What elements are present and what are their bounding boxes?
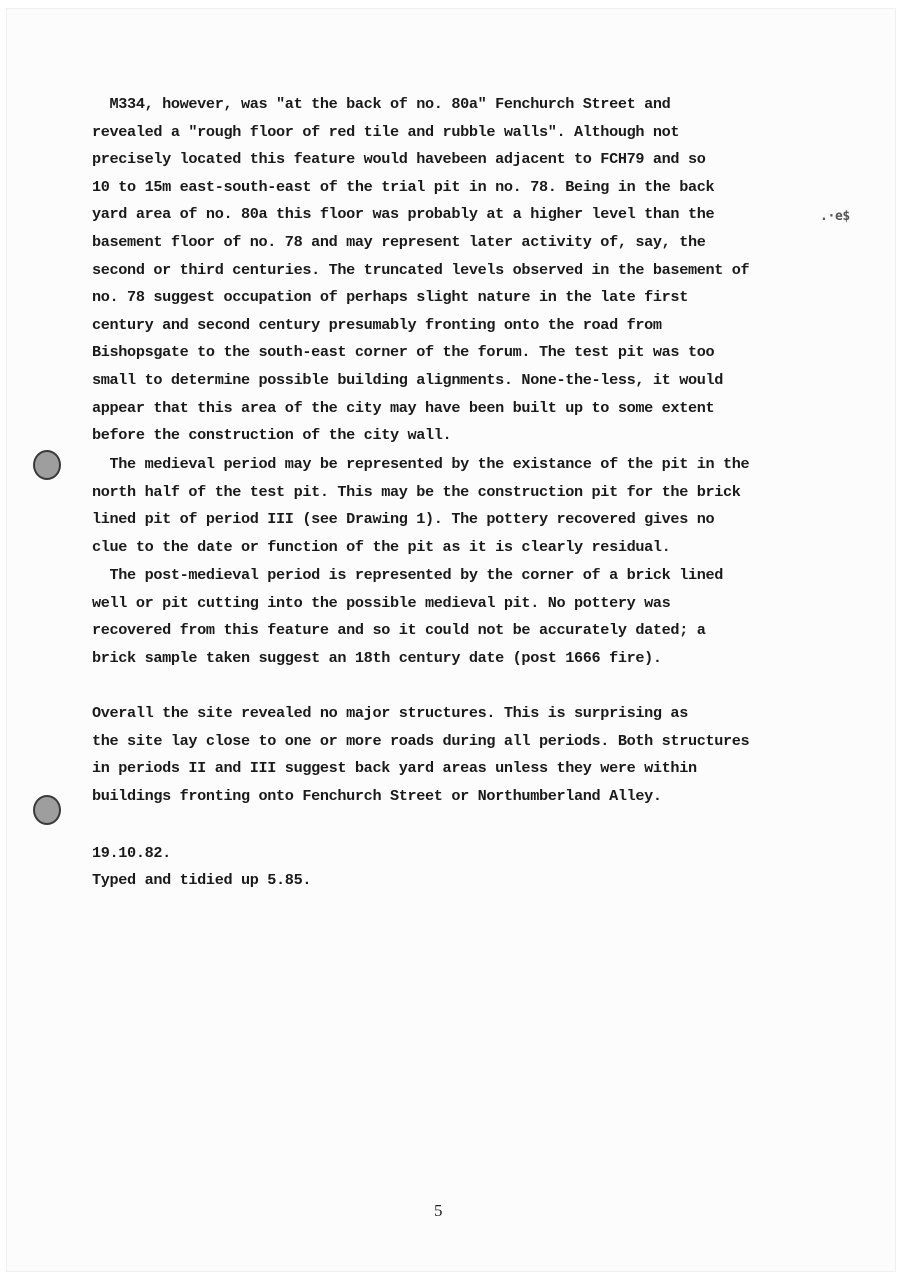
text-line: lined pit of period III (see Drawing 1).… — [92, 509, 714, 529]
text-line: well or pit cutting into the possible me… — [92, 593, 670, 613]
text-line: century and second century presumably fr… — [92, 315, 662, 335]
text-line: The medieval period may be represented b… — [92, 454, 749, 474]
text-line: Overall the site revealed no major struc… — [92, 703, 688, 723]
text-line: brick sample taken suggest an 18th centu… — [92, 648, 662, 668]
page-number: 5 — [434, 1201, 442, 1221]
punch-hole-lower — [33, 795, 61, 825]
text-line: no. 78 suggest occupation of perhaps sli… — [92, 287, 688, 307]
text-line: M334, however, was "at the back of no. 8… — [92, 94, 670, 114]
text-line: The post-medieval period is represented … — [92, 565, 723, 585]
text-line: buildings fronting onto Fenchurch Street… — [92, 786, 662, 806]
text-line: north half of the test pit. This may be … — [92, 482, 741, 502]
text-line: revealed a "rough floor of red tile and … — [92, 122, 679, 142]
text-line: clue to the date or function of the pit … — [92, 537, 670, 557]
text-line: recovered from this feature and so it co… — [92, 620, 705, 640]
text-line: basement floor of no. 78 and may represe… — [92, 232, 705, 252]
text-line: the site lay close to one or more roads … — [92, 731, 749, 751]
text-line: yard area of no. 80a this floor was prob… — [92, 204, 714, 224]
document-page: M334, however, was "at the back of no. 8… — [0, 0, 900, 1274]
typed-note: Typed and tidied up 5.85. — [92, 870, 311, 890]
text-line: 10 to 15m east-south-east of the trial p… — [92, 177, 714, 197]
margin-mark: .·e$ — [820, 209, 850, 224]
date-line: 19.10.82. — [92, 843, 171, 863]
punch-hole-upper — [33, 450, 61, 480]
text-line: Bishopsgate to the south-east corner of … — [92, 342, 714, 362]
text-line: second or third centuries. The truncated… — [92, 260, 749, 280]
text-line: precisely located this feature would hav… — [92, 149, 705, 169]
text-line: in periods II and III suggest back yard … — [92, 758, 697, 778]
text-line: before the construction of the city wall… — [92, 425, 451, 445]
text-line: small to determine possible building ali… — [92, 370, 723, 390]
text-line: appear that this area of the city may ha… — [92, 398, 714, 418]
